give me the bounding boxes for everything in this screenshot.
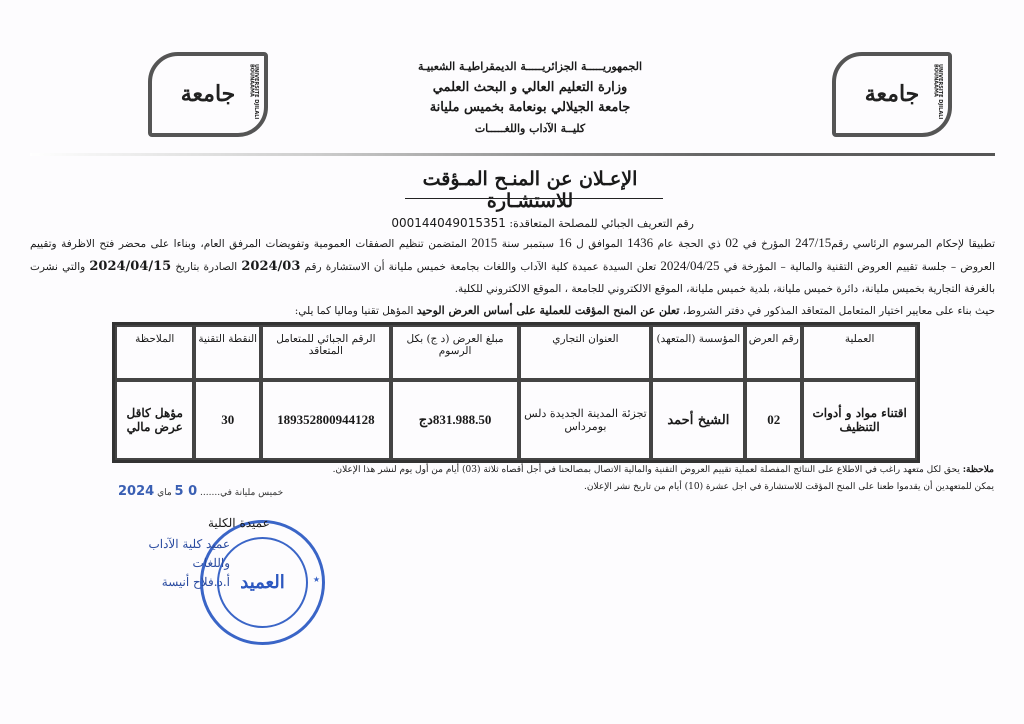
col-tech-score: النقطة التقنية	[194, 325, 261, 380]
cell-offer-number: 02	[745, 380, 802, 460]
body-text: تعلن السيدة عميدة كلية الآداب واللغات بج…	[300, 261, 660, 273]
table-header-row: العملية رقم العرض المؤسسة (المتعهد) العن…	[115, 325, 917, 380]
cell-operation: اقتناء مواد و أدوات التنظيف	[802, 380, 917, 460]
logo-text: جامعة	[865, 85, 920, 105]
university-logo-left: جامعة UNIVERSITE DJILALI BOUNAAMA	[148, 52, 268, 137]
body-text: حيث بناء على معايير اختيار المتعامل المت…	[679, 305, 995, 317]
body-text: المؤرخ في	[738, 238, 795, 250]
body-text: الصادرة بتاريخ	[171, 261, 241, 273]
cell-address: تجزئة المدينة الجديدة دلس بومرداس	[519, 380, 651, 460]
header-ministry: وزارة التعليم العالي و البحث العلمي	[380, 80, 680, 95]
body-text: تطبيقا لإحكام المرسوم الرئاسي رقم	[831, 238, 995, 250]
header-divider	[30, 153, 995, 156]
note-results: ملاحظة: يحق لكل متعهد راغب في الاطلاع عل…	[34, 461, 994, 479]
decree-number: 247/15	[795, 235, 831, 250]
title-underline	[405, 198, 663, 199]
body-text: المؤهل تقنيا وماليا كما يلي:	[295, 305, 417, 317]
table-row: اقتناء مواد و أدوات التنظيف 02 الشيخ أحم…	[115, 380, 917, 460]
dean-title: عميد كلية الآداب	[120, 535, 230, 554]
body-text: ذي الحجة عام	[653, 238, 725, 250]
stamp-year: 2024	[118, 484, 154, 499]
gregorian-year: 2015	[471, 235, 497, 250]
dean-label: عميدة الكلية	[208, 516, 270, 530]
body-bold-text: تعلن عن المنح المؤقت للعملية على أساس ال…	[417, 304, 680, 317]
tax-id-label: رقم التعريف الجبائي للمصلحة المتعاقدة:	[509, 217, 694, 230]
body-text: سبتمبر سنة	[497, 238, 558, 250]
hijri-year: 1436	[627, 235, 653, 250]
header-university: جامعة الجيلالي بونعامة بخميس مليانة	[380, 100, 680, 115]
cell-tech-score: 30	[194, 380, 261, 460]
col-operation: العملية	[802, 325, 917, 380]
gregorian-day: 16	[559, 235, 572, 250]
evaluation-date: 2024/04/25	[660, 258, 719, 273]
signature-date: خميس مليانة في....... 0 5 ماي 2024	[118, 484, 283, 499]
stamp-day: 0 5	[175, 484, 198, 499]
note-label: ملاحظة:	[963, 465, 994, 475]
cell-tax-id: 189352800944128	[261, 380, 391, 460]
col-address: العنوان التجاري	[519, 325, 651, 380]
dean-title-2: واللغات	[120, 554, 230, 573]
col-amount: مبلغ العرض (د ج) بكل الرسوم	[391, 325, 520, 380]
note-text: يحق لكل متعهد راغب في الاطلاع على النتائ…	[333, 465, 963, 475]
university-logo-right: جامعة UNIVERSITE DJILALI BOUNAAMA	[832, 52, 952, 137]
col-tax-id: الرقم الجبائي للمتعامل المتعاقد	[261, 325, 391, 380]
col-company: المؤسسة (المتعهد)	[651, 325, 745, 380]
logo-side-text: UNIVERSITE DJILALI BOUNAAMA	[249, 64, 258, 133]
decree-day: 02	[725, 235, 738, 250]
dean-stamp: عميد كلية الآداب واللغات أ.د.فلاح أنيسة	[120, 535, 230, 592]
seal-star-icon: ★	[313, 575, 320, 584]
header-faculty: كليــة الآداب واللغـــــات	[380, 122, 680, 135]
tax-id-value: 000144049015351	[391, 216, 506, 230]
signature-place: خميس مليانة في.......	[200, 488, 283, 498]
logo-side-text: UNIVERSITE DJILALI BOUNAAMA	[933, 64, 942, 133]
seal-center-text: العميد	[240, 572, 284, 593]
consultation-number: 2024/03	[241, 259, 300, 274]
dean-name: أ.د.فلاح أنيسة	[120, 573, 230, 592]
seal-inner-ring: العميد	[217, 537, 308, 628]
logo-text: جامعة	[181, 85, 236, 105]
page-title: الإعـلان عن المنـح المـؤقت للاستشـارة	[380, 168, 680, 212]
cell-remark: مؤهل كاقل عرض مالي	[115, 380, 194, 460]
stamp-month: ماي	[157, 488, 172, 498]
col-remark: الملاحظة	[115, 325, 194, 380]
award-table: العملية رقم العرض المؤسسة (المتعهد) العن…	[112, 322, 920, 463]
cell-amount: 831.988.50دج	[391, 380, 520, 460]
header-republic: الجمهوريـــــة الجزائريـــــة الديمقراطي…	[380, 60, 680, 73]
body-text: الموافق ل	[572, 238, 627, 250]
cell-company: الشيخ أحمد	[651, 380, 745, 460]
announcement-body: تطبيقا لإحكام المرسوم الرئاسي رقم247/15 …	[30, 232, 995, 322]
col-offer-number: رقم العرض	[745, 325, 802, 380]
issue-date: 2024/04/15	[89, 259, 171, 274]
